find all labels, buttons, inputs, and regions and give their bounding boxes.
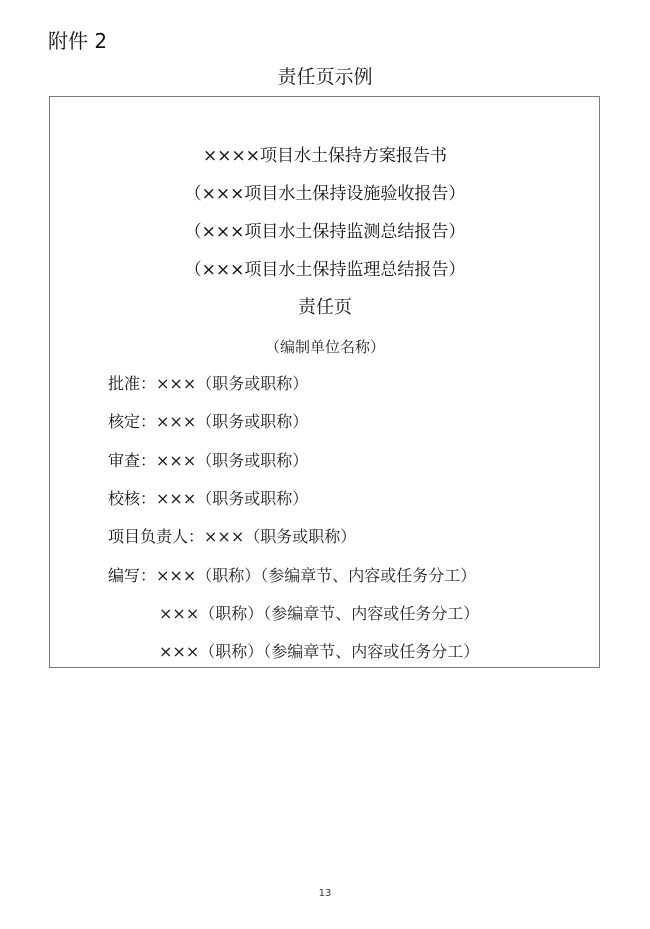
signoff-value: ×××（职务或职称） — [156, 489, 308, 508]
signoff-value: ×××（职务或职称） — [156, 451, 308, 470]
writer-entry: ×××（职称）（参编章节、内容或任务分工） — [159, 604, 479, 623]
signoff-value: ×××（职务或职称） — [156, 374, 308, 393]
attachment-label: 附件 2 — [48, 28, 107, 54]
org-name-placeholder: （编制单位名称） — [0, 335, 650, 359]
writers-label: 编写： — [108, 566, 156, 585]
signoff-verify: 核定：×××（职务或职称） — [108, 410, 308, 434]
report-title-plan: ××××项目水土保持方案报告书 — [0, 144, 650, 168]
signoff-check: 校核：×××（职务或职称） — [108, 487, 308, 511]
signoff-label: 项目负责人： — [108, 527, 204, 546]
signoff-label: 校核： — [108, 489, 156, 508]
signoff-label: 审查： — [108, 451, 156, 470]
document-title: 责任页示例 — [0, 64, 650, 90]
signoff-value: ×××（职务或职称） — [156, 412, 308, 431]
report-title-acceptance: （×××项目水土保持设施验收报告） — [0, 182, 650, 206]
writer-row-1: 编写：×××（职称）（参编章节、内容或任务分工） — [108, 564, 476, 588]
signoff-label: 批准： — [108, 374, 156, 393]
writer-entry: ×××（职称）（参编章节、内容或任务分工） — [159, 642, 479, 661]
signoff-value: ×××（职务或职称） — [204, 527, 356, 546]
signoff-review: 审查：×××（职务或职称） — [108, 449, 308, 473]
signoff-label: 核定： — [108, 412, 156, 431]
writer-entry: ×××（职称）（参编章节、内容或任务分工） — [156, 566, 476, 585]
report-title-monitoring: （×××项目水土保持监测总结报告） — [0, 220, 650, 244]
responsibility-heading: 责任页 — [0, 296, 650, 320]
signoff-project-lead: 项目负责人：×××（职务或职称） — [108, 525, 356, 549]
page-number: 13 — [0, 887, 650, 901]
writer-row-2: ×××（职称）（参编章节、内容或任务分工） — [159, 602, 479, 626]
signoff-approve: 批准：×××（职务或职称） — [108, 372, 308, 396]
writer-row-3: ×××（职称）（参编章节、内容或任务分工） — [159, 640, 479, 664]
report-title-supervision: （×××项目水土保持监理总结报告） — [0, 258, 650, 282]
